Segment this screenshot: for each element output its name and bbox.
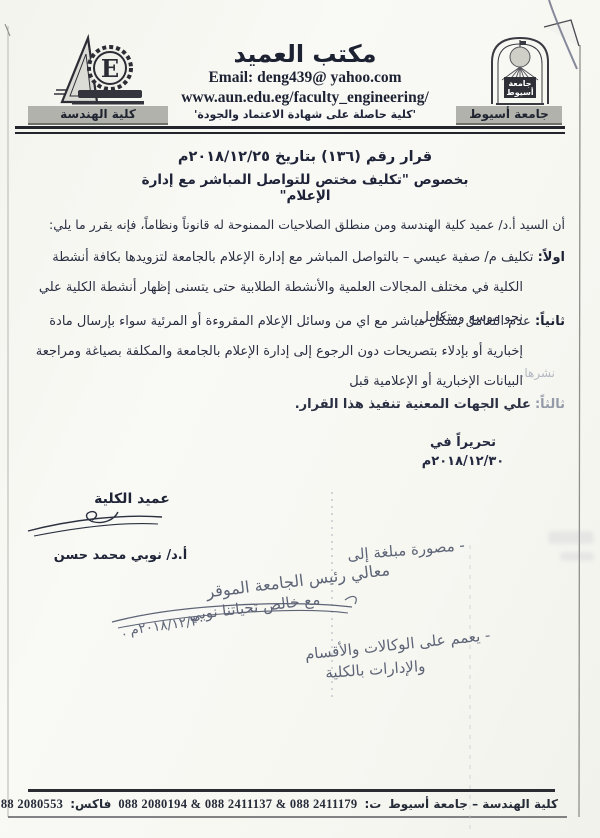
faculty-of-engineering-logo-icon: E: [50, 32, 146, 108]
item-3-text: علي الجهات المعنية تنفيذ هذا القرار.: [295, 397, 531, 412]
decree-item-2: ثانياً: عدم التعامل بشكل مباشر مع اي من …: [33, 307, 565, 397]
footer-phone-numbers: 088 2080194 & 088 2411137 & 088 2411179: [118, 797, 357, 812]
decree-item-3: ثالثاً: علي الجهات المعنية تنفيذ هذا الق…: [33, 390, 565, 420]
handwritten-note-departments: والإدارات بالكلية: [324, 657, 425, 682]
issued-block: تحريراً في ٢٠١٨/١٢/٣٠م: [398, 433, 528, 471]
issued-date: ٢٠١٨/١٢/٣٠م: [398, 452, 528, 471]
decree-intro: أن السيد أ.د/ عميد كلية الهندسة ومن منطل…: [20, 210, 565, 240]
svg-text:أسيوط: أسيوط: [506, 87, 533, 97]
item-1-label: اولاً:: [538, 250, 565, 265]
header-center-block: مكتب العميد Email: deng439@ yahoo.com ww…: [150, 40, 460, 108]
item-2-faint-word: نشرها.: [521, 366, 555, 380]
decree-number-line: قرار رقم (١٣٦) بتاريخ ٢٠١٨/١٢/٢٥م: [140, 149, 470, 165]
website-line: www.aun.edu.eg/faculty_engineering/: [150, 88, 460, 108]
decree-subject-line: بخصوص "تكليف مختص للتواصل المباشر مع إدا…: [120, 172, 490, 204]
accreditation-line: 'كلية حاصلة على شهادة الاعتماد والجودة': [168, 108, 442, 121]
handwritten-note-copy-to: - مصورة مبلغة إلى: [347, 536, 466, 564]
issued-label: تحريراً في: [398, 433, 528, 452]
assiut-university-logo-icon: جامعة أسيوط: [478, 30, 562, 108]
dean-signature-title: عميد الكلية: [72, 491, 192, 507]
dean-signature-name: أ.د/ نوبي محمد حسن: [38, 548, 203, 563]
office-title: مكتب العميد: [150, 40, 460, 68]
footer-fax-label: فاكس:: [70, 797, 111, 811]
scanned-decree-document: E كلية الهندسة مكتب العميد Email: deng43…: [0, 0, 600, 838]
handwritten-note-circulate: - يعمم على الوكالات والأقسام: [304, 626, 491, 663]
scanner-smudge: [548, 531, 594, 544]
corner-tick: [5, 24, 10, 36]
footer-contact-line: كلية الهندسة – جامعة أسيوط ت: 088 208019…: [30, 797, 558, 812]
header-divider: [15, 126, 565, 134]
scanner-smudge: [560, 552, 594, 561]
footer-college: كلية الهندسة – جامعة أسيوط: [388, 797, 558, 811]
email-line: Email: deng439@ yahoo.com: [150, 68, 460, 88]
svg-text:E: E: [101, 54, 119, 83]
item-2-text: عدم التعامل بشكل مباشر مع اي من وسائل ال…: [36, 314, 531, 389]
svg-text:جامعة: جامعة: [508, 79, 531, 88]
item-2-label: ثانياً:: [535, 314, 565, 329]
handwritten-note-date: ٢٠١٨/١٢/٣٠م .: [121, 612, 206, 640]
footer-tel-label: ت:: [364, 797, 381, 811]
footer-fax-number: 088 2080553: [0, 797, 63, 812]
university-caption: جامعة أسيوط: [456, 106, 562, 125]
item-3-label: ثالثاً:: [535, 397, 565, 412]
faculty-caption: كلية الهندسة: [28, 106, 168, 125]
page-right-edge: [579, 45, 580, 817]
footer-divider: [28, 789, 555, 792]
dean-signature-ink: [28, 512, 162, 536]
